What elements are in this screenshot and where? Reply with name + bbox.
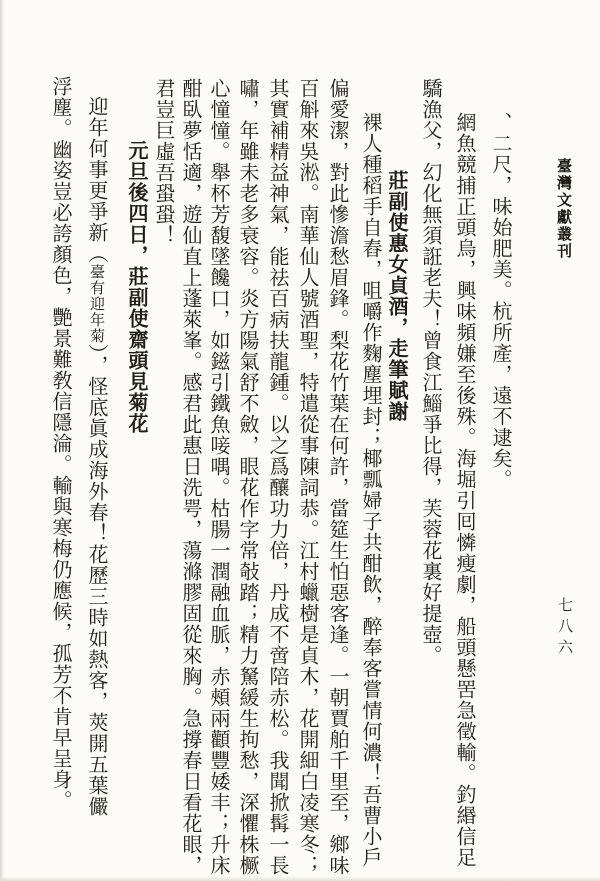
text-column: 其實補精益神氣，能祛百病扶龍鍾。以之爲釀功力倍，丹成不啻陪赤松。我聞掀髯一長 (265, 78, 288, 876)
text-column: 迎年何事更爭新（臺有迎年菊），怪底眞成海外春！花歷三時如熱客，莢開五葉儼 (84, 96, 107, 817)
text-column: 、二尺，味始肥美。杭所產，遠不逮矣。 (488, 112, 511, 490)
book-page: 臺灣文獻叢刊 七八六 、二尺，味始肥美。杭所產，遠不逮矣。網魚競捕正頭烏，興味頻… (0, 0, 600, 881)
text-column: 嘯，年雖未老多衰容。炎方陽氣舒不斂，眼花作字常敧踏；精力駑緩生拘愁，深懼株橛 (235, 78, 258, 876)
text-column: 心憧憧。舉杯芳馥墜饞口，如鎡引鐵魚唼喁。枯腸一潤融血脈，赤頰兩顴豐婑丰；升床 (206, 78, 229, 876)
poem-title-column: 元旦後四日，莊副使齋頭見菊花 (124, 140, 147, 434)
text-column: 裸人種稻手自舂，咀嚼作麴塵埋封；椰瓢婦子共酣飲，醉奉客嘗情何濃！吾曹小戶 (358, 112, 381, 868)
inline-note: 臺有迎年菊 (88, 264, 104, 344)
scan-edge-artifact (0, 876, 600, 881)
page-number: 七八六 (551, 597, 575, 660)
poem-title-column: 莊副使惠女貞酒，走筆賦謝 (384, 170, 407, 422)
text-column: 驕漁父，幻化無須誑老夫！曾食江鯔爭比得，芙蓉花裏好提壺。 (418, 78, 441, 666)
text-column: 酣臥夢恬適，遊仙直上蓬萊峯。感君此惠日洗咢，蕩滌膠固從來胸。急撐春日看花眼， (178, 78, 201, 876)
text-column: 君豈巨虛吾蛩蛩！ (151, 78, 174, 246)
text-column: 浮塵。幽姿豈必誇顏色，艷景難敎信隱淪。輸與寒梅仍應候，孤芳不肯早呈身。 (48, 76, 71, 811)
scan-edge-artifact (0, 0, 4, 881)
publication-title: 臺灣文獻叢刊 (550, 158, 574, 260)
poem-text: ），怪底眞成海外春！花歷三時如熱客，莢開五葉儼 (85, 344, 107, 817)
text-column: 百斛來吳淞。南華仙人號酒聖，特遣從事陳詞恭。江村蠟樹是貞木，花開細白凌寒冬； (295, 78, 318, 876)
text-column: 偏愛潔，對此慘澹愁眉鋒。梨花竹葉在何許，當筵生怕惡客逢。一朝賈舶千里至，鄉味 (325, 78, 348, 876)
poem-text: 迎年何事更爭新（ (85, 96, 107, 264)
text-column: 網魚競捕正頭烏，興味頻嫌至後殊。海堀引囘憐瘦劇，船頭懸罟急徵輸。釣緡信足 (452, 112, 475, 868)
